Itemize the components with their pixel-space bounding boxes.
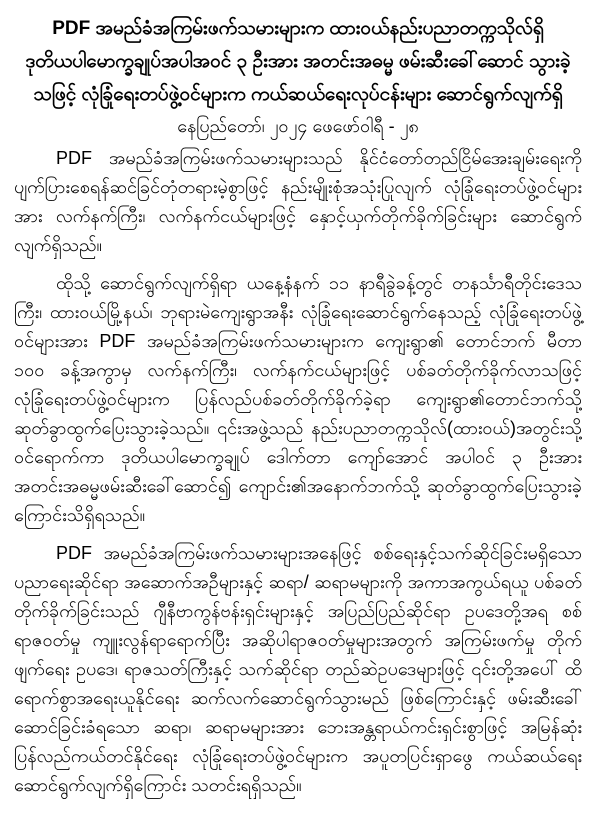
paragraph-2: ထိုသို့ ဆောင်ရွက်လျက်ရှိရာ ယနေ့နံနက် ၁၁ … [14, 269, 582, 530]
headline: PDF အမည်ခံအကြမ်းဖက်သမားများက ထားဝယ်နည်းပ… [14, 12, 582, 111]
headline-line-2: ဒုတိယပါမောက္ခချုပ်အပါအဝင် ၃ ဦးအား အတင်းအ… [14, 45, 582, 78]
dateline: နေပြည်တော်၊ ၂၀၂၄ ဖေဖော်ဝါရီ - ၂၈ [14, 111, 582, 142]
headline-line-3: သဖြင့် လုံခြုံရေးတပ်ဖွဲ့ဝင်များက ကယ်ဆယ်ရ… [14, 78, 582, 111]
article-body: PDF အမည်ခံအကြမ်းဖက်သမားများသည် နိုင်ငံတေ… [14, 144, 582, 800]
paragraph-3: PDF အမည်ခံအကြမ်းဖက်သမားများအနေဖြင့် စစ်ရ… [14, 539, 582, 800]
document-page: PDF အမည်ခံအကြမ်းဖက်သမားများက ထားဝယ်နည်းပ… [0, 0, 596, 831]
paragraph-1: PDF အမည်ခံအကြမ်းဖက်သမားများသည် နိုင်ငံတေ… [14, 144, 582, 260]
headline-line-1: PDF အမည်ခံအကြမ်းဖက်သမားများက ထားဝယ်နည်းပ… [14, 12, 582, 45]
